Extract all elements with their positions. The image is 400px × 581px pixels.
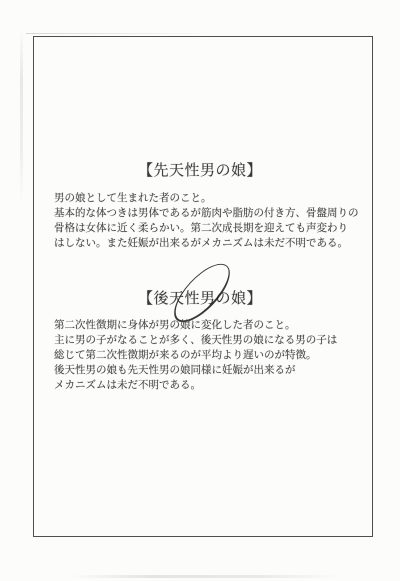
body-line: 男の娘として生まれた者のこと。 (54, 191, 359, 206)
scan-artifact-top (26, 33, 216, 34)
body-line: 第二次性徴期に身体が男の娘に変化した者のこと。 (54, 318, 337, 333)
section-heading-congenital: 【先天性男の娘】 (0, 159, 400, 180)
section-body-acquired: 第二次性徴期に身体が男の娘に変化した者のこと。 主に男の子がなることが多く、後天… (54, 318, 337, 393)
scan-artifact-bottom (70, 575, 340, 578)
section-body-congenital: 男の娘として生まれた者のこと。 基本的な体つきは男体であるが筋肉や脂肪の付き方、… (54, 191, 359, 251)
body-line: はしない。また妊娠が出来るがメカニズムは未だ不明である。 (54, 236, 359, 251)
body-line: 総じて第二次性徴期が来るのが平均より遅いのが特徴。 (54, 348, 337, 363)
body-line: 骨格は女体に近く柔らかい。第二次成長期を迎えても声変わり (54, 221, 359, 236)
body-line: 主に男の子がなることが多く、後天性男の娘になる男の子は (54, 333, 337, 348)
body-line: 後天性男の娘も先天性男の娘同様に妊娠が出来るが (54, 363, 337, 378)
scanned-page: 【先天性男の娘】 男の娘として生まれた者のこと。 基本的な体つきは男体であるが筋… (0, 0, 400, 581)
body-line: メカニズムは未だ不明である。 (54, 378, 337, 393)
body-line: 基本的な体つきは男体であるが筋肉や脂肪の付き方、骨盤周りの (54, 206, 359, 221)
